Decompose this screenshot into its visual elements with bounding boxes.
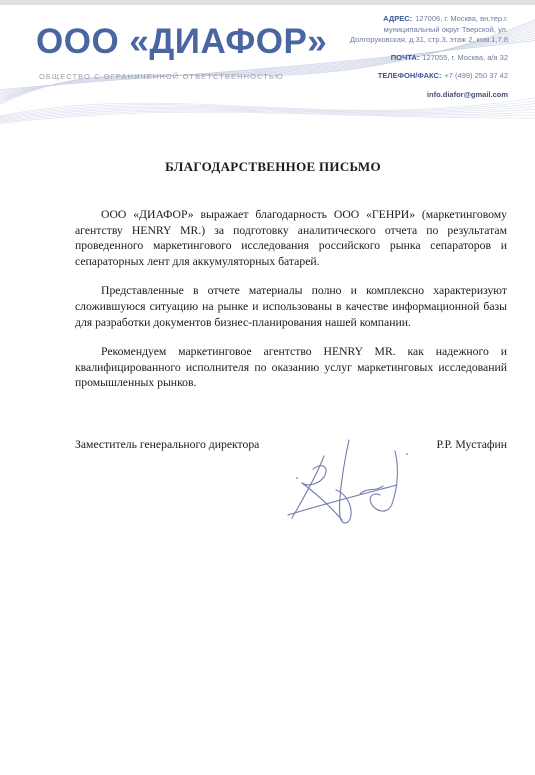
contact-block: АДРЕС:127006, г. Москва, вн.тер.г. муниц… bbox=[350, 14, 508, 100]
letter-page: ООО «ДИАФОР» ОБЩЕСТВО С ОГРАНИЧЕННОЙ ОТВ… bbox=[0, 0, 535, 775]
postal-line: ПОЧТА:127055, г. Москва, а/я 32 bbox=[350, 53, 508, 64]
phone-value: +7 (499) 250 37 42 bbox=[444, 71, 508, 80]
address-value-3: Долгоруковская, д.31, стр.3, этаж 2, ком… bbox=[350, 35, 508, 44]
postal-value: 127055, г. Москва, а/я 32 bbox=[422, 53, 508, 62]
phone-label: ТЕЛЕФОН/ФАКС: bbox=[378, 71, 442, 80]
signer-name: Р.Р. Мустафин bbox=[437, 438, 508, 451]
company-name: ООО «ДИАФОР» bbox=[36, 23, 327, 61]
phone-line: ТЕЛЕФОН/ФАКС:+7 (499) 250 37 42 bbox=[350, 71, 508, 82]
letter-paragraph-2: Представленные в отчете материалы полно … bbox=[75, 283, 507, 330]
letter-title: БЛАГОДАРСТВЕННОЕ ПИСЬМО bbox=[57, 160, 489, 174]
address-line: Долгоруковская, д.31, стр.3, этаж 2, ком… bbox=[350, 35, 508, 46]
handwritten-signature bbox=[280, 432, 415, 532]
email-line: info.diafor@gmail.com bbox=[350, 90, 508, 101]
letter-body: БЛАГОДАРСТВЕННОЕ ПИСЬМО ООО «ДИАФОР» выр… bbox=[75, 160, 507, 451]
letter-paragraph-1: ООО «ДИАФОР» выражает благодарность ООО … bbox=[75, 207, 507, 269]
signer-position: Заместитель генерального директора bbox=[75, 438, 259, 451]
letterhead: ООО «ДИАФОР» ОБЩЕСТВО С ОГРАНИЧЕННОЙ ОТВ… bbox=[0, 5, 535, 135]
address-line: муниципальный округ Тверской, ул. bbox=[350, 25, 508, 36]
postal-label: ПОЧТА: bbox=[391, 53, 420, 62]
letter-paragraph-3: Рекомендуем маркетинговое агентство HENR… bbox=[75, 344, 507, 391]
company-legal-form: ОБЩЕСТВО С ОГРАНИЧЕННОЙ ОТВЕТСТВЕННОСТЬЮ bbox=[39, 72, 284, 81]
email-value: info.diafor@gmail.com bbox=[427, 90, 508, 99]
address-line: АДРЕС:127006, г. Москва, вн.тер.г. bbox=[350, 14, 508, 25]
address-value-1: 127006, г. Москва, вн.тер.г. bbox=[415, 14, 508, 23]
address-label: АДРЕС: bbox=[383, 14, 412, 23]
address-value-2: муниципальный округ Тверской, ул. bbox=[384, 25, 508, 34]
